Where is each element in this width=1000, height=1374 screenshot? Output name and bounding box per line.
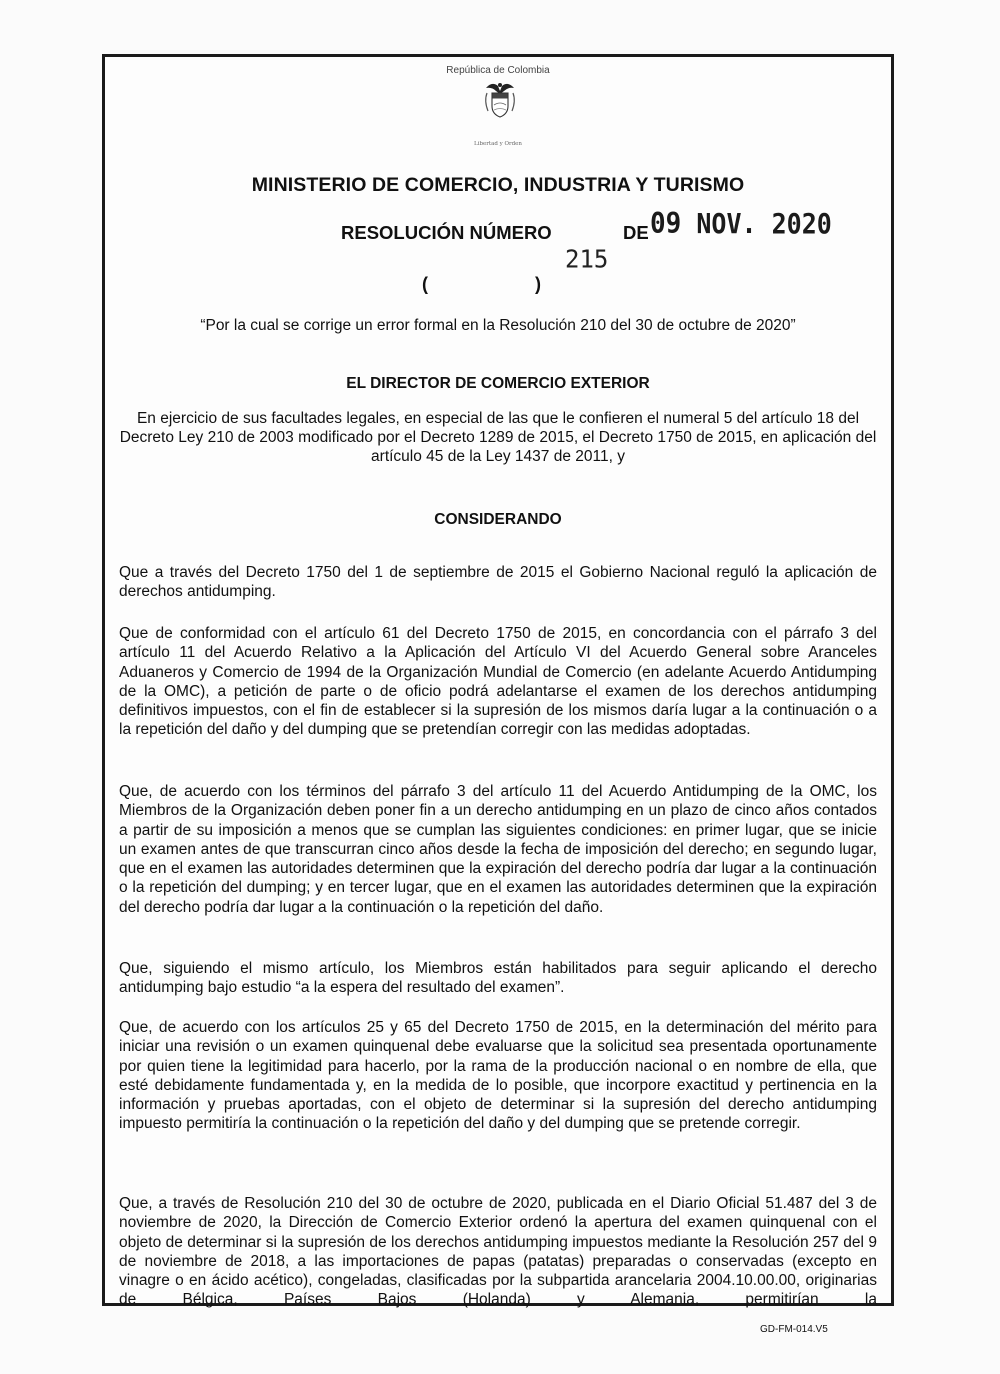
date-stamp-month-year: NOV. 2020 xyxy=(696,208,831,240)
considerando-paragraph-5: Que, de acuerdo con los artículos 25 y 6… xyxy=(119,1018,877,1134)
considerando-paragraph-3: Que, de acuerdo con los términos del pár… xyxy=(119,782,877,917)
form-code: GD-FM-014.V5 xyxy=(760,1324,828,1335)
considerando-heading: CONSIDERANDO xyxy=(105,511,891,529)
considerando-paragraph-1: Que a través del Decreto 1750 del 1 de s… xyxy=(119,563,877,602)
issuer-heading: EL DIRECTOR DE COMERCIO EXTERIOR xyxy=(105,375,891,393)
ministry-title: MINISTERIO DE COMERCIO, INDUSTRIA Y TURI… xyxy=(105,174,891,197)
date-stamp: 09 NOV. 2020 xyxy=(650,208,832,241)
coat-of-arms-icon xyxy=(480,79,520,119)
resolution-label: RESOLUCIÓN NÚMERO xyxy=(341,222,552,244)
number-paren-open: ( xyxy=(422,274,428,295)
preamble-paragraph: En ejercicio de sus facultades legales, … xyxy=(119,409,877,466)
date-prefix-label: DE xyxy=(623,222,649,244)
motto-label: Libertad y Orden xyxy=(105,141,891,147)
date-stamp-day: 09 xyxy=(650,208,681,241)
considerando-paragraph-4: Que, siguiendo el mismo artículo, los Mi… xyxy=(119,959,877,998)
considerando-paragraph-6: Que, a través de Resolución 210 del 30 d… xyxy=(119,1194,877,1310)
republic-label: República de Colombia xyxy=(105,65,891,76)
resolution-subtitle: “Por la cual se corrige un error formal … xyxy=(105,317,891,335)
resolution-number-stamp: 215 xyxy=(565,244,608,273)
document-frame: República de Colombia Libertad y Orden M… xyxy=(102,54,894,1306)
considerando-paragraph-2: Que de conformidad con el artículo 61 de… xyxy=(119,624,877,740)
number-paren-close: ) xyxy=(535,274,541,295)
